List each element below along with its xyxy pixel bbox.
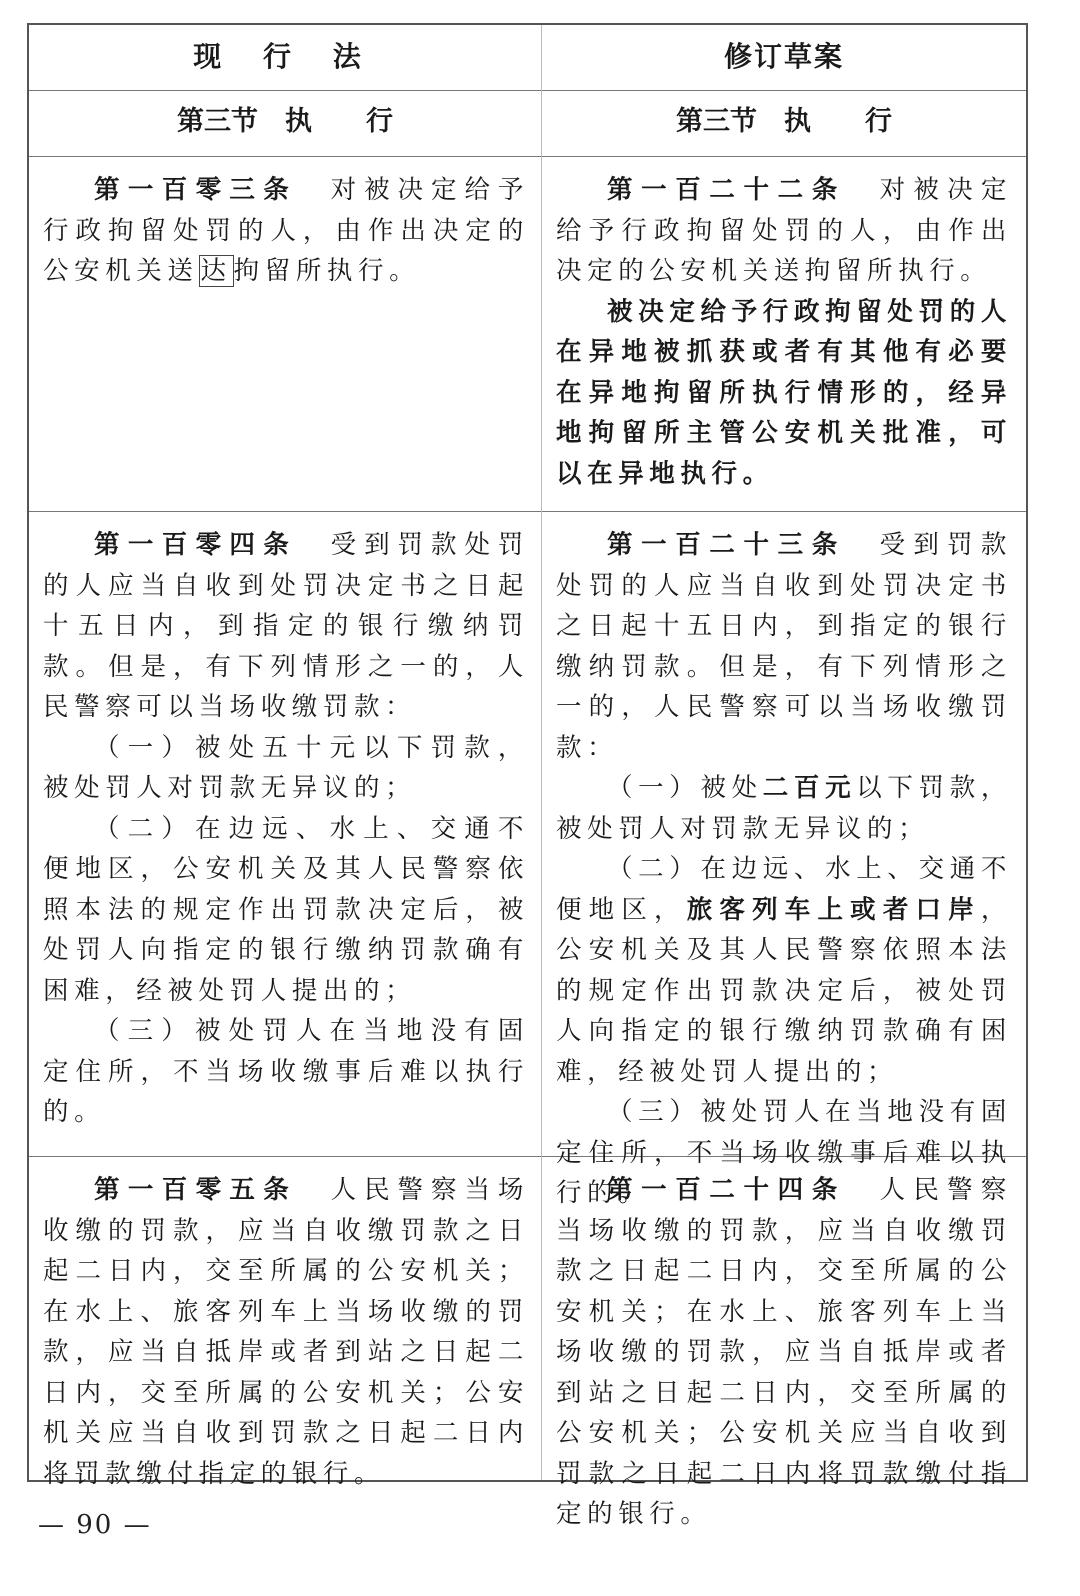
article-number: 第一百二十四条 (607, 1175, 846, 1205)
article-row: 第一百零四条 受到罚款处罚的人应当自收到处罚决定书之日起十五日内，到指定的银行缴… (29, 511, 1026, 1157)
amended-text: 旅客列车上或者口岸 (687, 895, 981, 925)
section-title-left: 第三节 执 行 (29, 90, 542, 156)
article-number: 第一百零三条 (94, 175, 297, 205)
article-paragraph: 第一百零三条 对被决定给予行政拘留处罚的人，由作出决定的公安机关送达拘留所执行。 (43, 170, 529, 292)
list-item: （一）被处五十元以下罚款，被处罚人对罚款无异议的； (43, 728, 529, 809)
article-row: 第一百零三条 对被决定给予行政拘留处罚的人，由作出决定的公安机关送达拘留所执行。… (29, 156, 1026, 512)
list-item: （三）被处罚人在当地没有固定住所，不当场收缴事后难以执行的。 (43, 1011, 529, 1133)
draft-article-123: 第一百二十三条 受到罚款处罚的人应当自收到处罚决定书之日起十五日内，到指定的银行… (542, 511, 1026, 1156)
header-current-law: 现 行 法 (29, 25, 542, 90)
comparison-table: 现 行 法 修订草案 第三节 执 行 第三节 执 行 第一百零三条 对被决定给予… (27, 23, 1028, 1482)
header-row: 现 行 法 修订草案 (29, 25, 1026, 91)
current-article-103: 第一百零三条 对被决定给予行政拘留处罚的人，由作出决定的公安机关送达拘留所执行。 (29, 156, 542, 511)
header-revised-draft: 修订草案 (542, 25, 1026, 90)
list-item: （一）被处二百元以下罚款，被处罚人对罚款无异议的； (556, 768, 1012, 849)
article-row: 第一百零五条 人民警察当场收缴的罚款，应当自收缴罚款之日起二日内，交至所属的公安… (29, 1156, 1026, 1480)
current-article-105: 第一百零五条 人民警察当场收缴的罚款，应当自收缴罚款之日起二日内，交至所属的公安… (29, 1156, 542, 1480)
page-number: — 90 — (38, 1510, 152, 1540)
article-paragraph: 第一百二十二条 对被决定给予行政拘留处罚的人，由作出决定的公安机关送拘留所执行。 (556, 170, 1012, 292)
article-paragraph: 第一百零四条 受到罚款处罚的人应当自收到处罚决定书之日起十五日内，到指定的银行缴… (43, 525, 529, 728)
article-number: 第一百二十三条 (607, 530, 846, 560)
article-paragraph: 第一百二十三条 受到罚款处罚的人应当自收到处罚决定书之日起十五日内，到指定的银行… (556, 525, 1012, 768)
list-item: （二）在边远、水上、交通不便地区，公安机关及其人民警察依照本法的规定作出罚款决定… (43, 809, 529, 1012)
article-paragraph: 第一百二十四条 人民警察当场收缴的罚款，应当自收缴罚款之日起二日内，交至所属的公… (556, 1170, 1012, 1535)
section-title-right: 第三节 执 行 (542, 90, 1026, 156)
article-paragraph: 第一百零五条 人民警察当场收缴的罚款，应当自收缴罚款之日起二日内，交至所属的公安… (43, 1170, 529, 1494)
boxed-deleted-char: 达 (199, 255, 234, 287)
draft-article-122: 第一百二十二条 对被决定给予行政拘留处罚的人，由作出决定的公安机关送拘留所执行。… (542, 156, 1026, 511)
draft-article-124: 第一百二十四条 人民警察当场收缴的罚款，应当自收缴罚款之日起二日内，交至所属的公… (542, 1156, 1026, 1480)
added-paragraph: 被决定给予行政拘留处罚的人在异地被抓获或者有其他有必要在异地拘留所执行情形的，经… (556, 292, 1012, 495)
section-row: 第三节 执 行 第三节 执 行 (29, 90, 1026, 157)
amended-text: 二百元 (763, 773, 856, 803)
article-number: 第一百二十二条 (607, 175, 846, 205)
current-article-104: 第一百零四条 受到罚款处罚的人应当自收到处罚决定书之日起十五日内，到指定的银行缴… (29, 511, 542, 1156)
article-number: 第一百零四条 (94, 530, 297, 560)
list-item: （二）在边远、水上、交通不便地区，旅客列车上或者口岸，公安机关及其人民警察依照本… (556, 849, 1012, 1092)
article-number: 第一百零五条 (94, 1175, 297, 1205)
